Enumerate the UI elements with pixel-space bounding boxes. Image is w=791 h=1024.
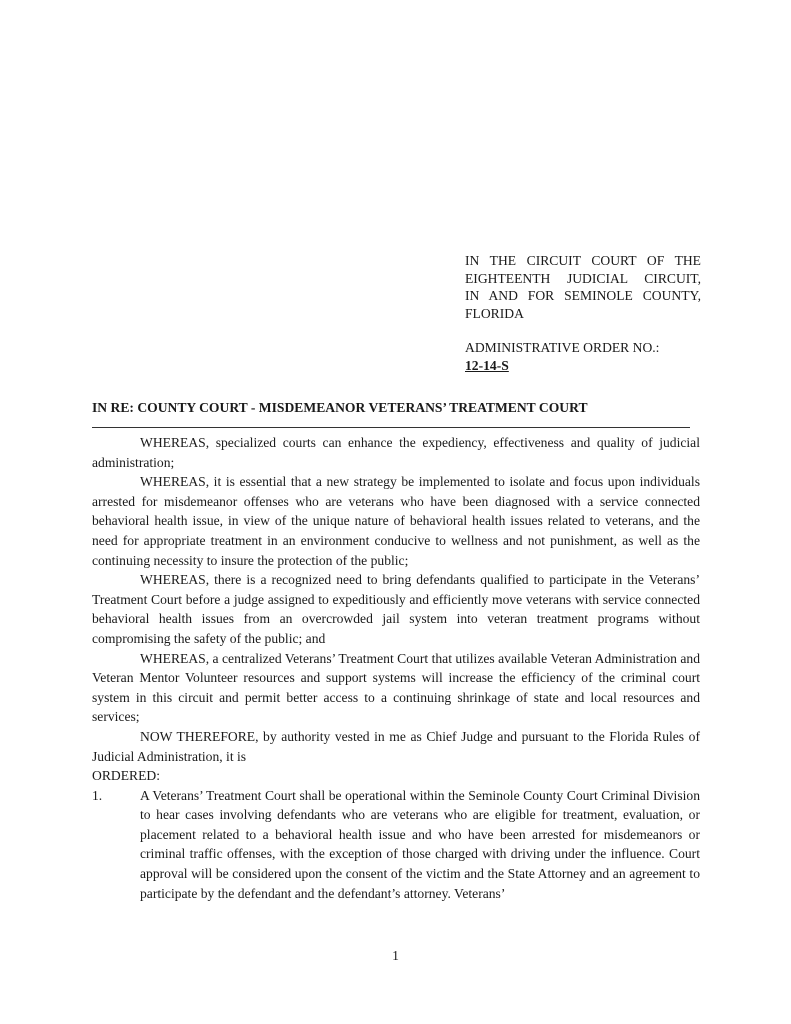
page-number: 1	[0, 948, 791, 964]
document-body: WHEREAS, specialized courts can enhance …	[92, 433, 700, 903]
item-text: A Veterans’ Treatment Court shall be ope…	[140, 786, 700, 904]
item-number: 1.	[92, 786, 140, 904]
document-title: IN RE: COUNTY COURT - MISDEMEANOR VETERA…	[92, 400, 588, 416]
ordered-label: ORDERED:	[92, 766, 700, 786]
title-rule	[92, 427, 690, 428]
now-therefore-paragraph: NOW THEREFORE, by authority vested in me…	[92, 727, 700, 766]
caption-line-4: FLORIDA	[465, 305, 701, 323]
whereas-paragraph: WHEREAS, a centralized Veterans’ Treatme…	[92, 649, 700, 727]
whereas-paragraph: WHEREAS, there is a recognized need to b…	[92, 570, 700, 648]
court-caption: IN THE CIRCUIT COURT OF THE EIGHTEENTH J…	[465, 252, 701, 374]
ordered-item: 1. A Veterans’ Treatment Court shall be …	[92, 786, 700, 904]
whereas-paragraph: WHEREAS, specialized courts can enhance …	[92, 433, 700, 472]
caption-line-3: IN AND FOR SEMINOLE COUNTY,	[465, 287, 701, 305]
whereas-paragraph: WHEREAS, it is essential that a new stra…	[92, 472, 700, 570]
order-label: ADMINISTRATIVE ORDER NO.:	[465, 339, 701, 357]
order-number: 12-14-S	[465, 358, 509, 373]
caption-line-2: EIGHTEENTH JUDICIAL CIRCUIT,	[465, 270, 701, 288]
caption-line-1: IN THE CIRCUIT COURT OF THE	[465, 252, 701, 270]
